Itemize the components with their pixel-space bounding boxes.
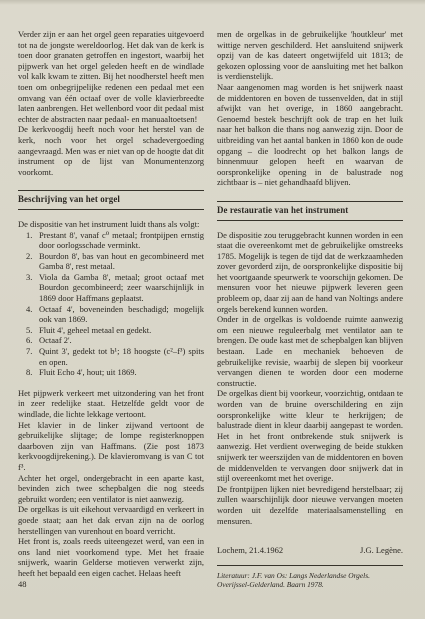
left-column: Verder zijn er aan het orgel geen repara… — [18, 29, 204, 590]
stop-text: Fluit 4', geheel metaal en gedekt. — [39, 325, 204, 336]
stop-number: 1. — [26, 230, 39, 251]
paragraph-snijwerk: Naar aangenomen mag worden is het snijwe… — [217, 82, 403, 188]
paragraph-pijpwerk: Het pijpwerk verkeert met uitzondering v… — [18, 388, 204, 420]
stop-text: Fluit Echo 4', hout; uit 1869. — [39, 367, 204, 378]
stop-text: Bourdon 8', bas van hout en gecombineerd… — [39, 251, 204, 272]
stop-item: 4. Octaaf 4', boveneinden beschadigd; mo… — [18, 304, 204, 325]
page-number: 48 — [18, 579, 204, 590]
paragraph-houtkleur: men de orgelkas in de gebruikelijke 'hou… — [217, 29, 403, 82]
stop-number: 5. — [26, 325, 39, 336]
paragraph-frontpijpen: De frontpijpen lijken niet bevredigend h… — [217, 484, 403, 526]
signature-name: J.G. Legène. — [360, 545, 403, 556]
stop-item: 3. Viola da Gamba 8', metaal; groot octa… — [18, 272, 204, 304]
stop-number: 2. — [26, 251, 39, 272]
right-column: men de orgelkas in de gebruikelijke 'hou… — [217, 29, 403, 590]
signature-row: Lochem, 21.4.1962 J.G. Legène. — [217, 545, 403, 556]
signature-place-date: Lochem, 21.4.1962 — [217, 545, 283, 556]
stop-text: Quint 3', gedekt tot b¹; 18 hoogste (c²–… — [39, 346, 204, 367]
stop-text: Octaaf 4', boveneinden beschadigd; mogel… — [39, 304, 204, 325]
stop-item: 6. Octaaf 2'. — [18, 335, 204, 346]
paragraph-kleur: De orgelkas dient bij voorkeur, voorzich… — [217, 388, 403, 483]
paragraph-dispositie-restauratie: De dispositie zou teruggebracht kunnen w… — [217, 230, 403, 315]
stop-item: 7. Quint 3', gedekt tot b¹; 18 hoogste (… — [18, 346, 204, 367]
literature-divider — [217, 565, 403, 566]
literature-note: Literatuur: J.F. van Os: Langs Nederland… — [217, 571, 403, 590]
stop-text: Octaaf 2'. — [39, 335, 204, 346]
section-heading-restauratie: De restauratie van het instrument — [217, 201, 403, 221]
stop-item: 1. Prestant 8', vanaf c⁰ metaal; frontpi… — [18, 230, 204, 251]
stop-item: 5. Fluit 4', geheel metaal en gedekt. — [18, 325, 204, 336]
paragraph-balgen: Achter het orgel, ondergebracht in een a… — [18, 473, 204, 505]
paragraph-dispositie-lead: De dispositie van het instrument luidt t… — [18, 219, 204, 230]
paragraph-kerkvoogdij: De kerkvoogdij heeft noch voor het herst… — [18, 124, 204, 177]
stop-list: 1. Prestant 8', vanaf c⁰ metaal; frontpi… — [18, 230, 204, 378]
paragraph-repairs: Verder zijn er aan het orgel geen repara… — [18, 29, 204, 124]
stop-number: 7. — [26, 346, 39, 367]
section-heading-beschrijving: Beschrijving van het orgel — [18, 190, 204, 210]
paragraph-ruimte: Onder in de orgelkas is voldoende ruimte… — [217, 314, 403, 388]
two-column-layout: Verder zijn er aan het orgel geen repara… — [18, 29, 404, 590]
stop-text: Prestant 8', vanaf c⁰ metaal; frontpijpe… — [39, 230, 204, 251]
paragraph-front: Het front is, zoals reeds uiteengezet we… — [18, 536, 204, 578]
stop-text: Viola da Gamba 8', metaal; groot octaaf … — [39, 272, 204, 304]
stop-item: 8. Fluit Echo 4', hout; uit 1869. — [18, 367, 204, 378]
stop-number: 8. — [26, 367, 39, 378]
stop-number: 3. — [26, 272, 39, 304]
book-page: Verder zijn er aan het orgel geen repara… — [0, 0, 425, 619]
stop-item: 2. Bourdon 8', bas van hout en gecombine… — [18, 251, 204, 272]
paragraph-orgelkas: De orgelkas is uit eikehout vervaardigd … — [18, 504, 204, 536]
paragraph-klavier: Het klavier in de linker zijwand vertoon… — [18, 420, 204, 473]
stop-number: 4. — [26, 304, 39, 325]
stop-number: 6. — [26, 335, 39, 346]
